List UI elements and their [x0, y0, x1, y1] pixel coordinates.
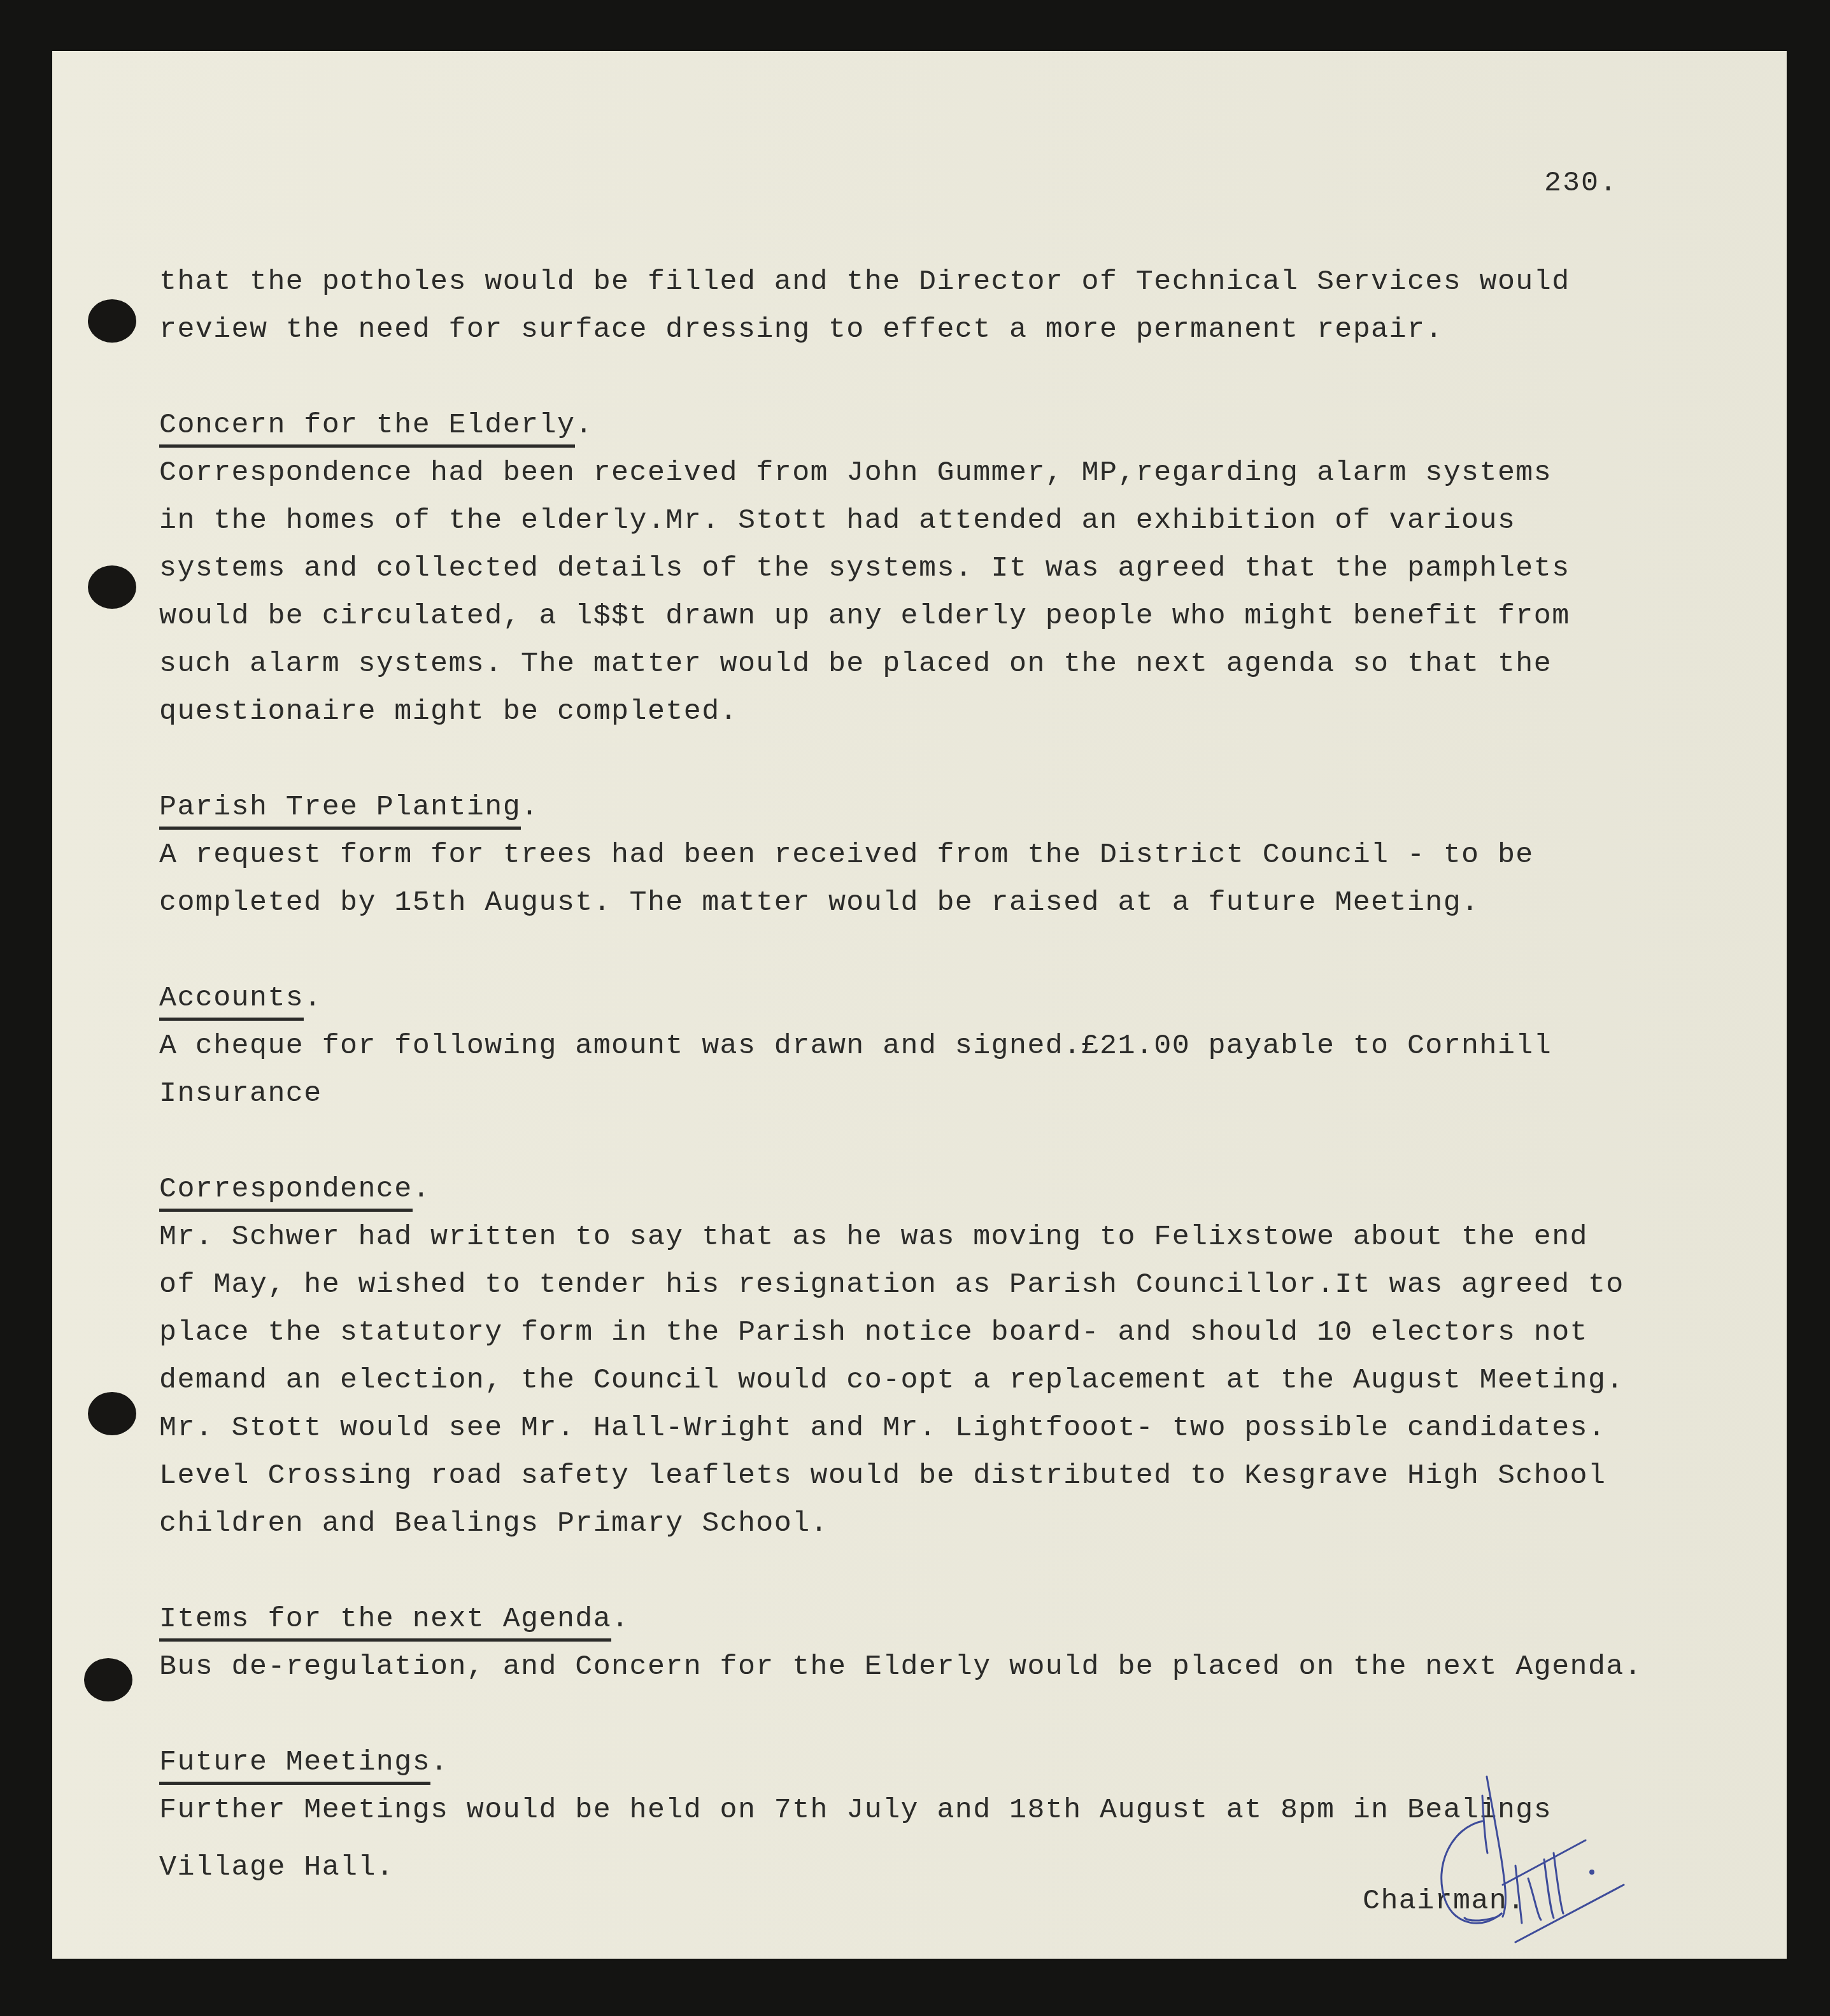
section-accounts: Accounts. A cheque for following amount …	[159, 974, 1777, 1118]
section-heading: Future Meetings	[159, 1743, 430, 1785]
section-parish-tree-planting: Parish Tree Planting. A request form for…	[159, 783, 1777, 926]
body-line: Mr. Stott would see Mr. Hall-Wright and …	[159, 1404, 1777, 1452]
punch-hole	[88, 1392, 136, 1435]
section-heading: Items for the next Agenda	[159, 1600, 611, 1642]
body-line: A request form for trees had been receiv…	[159, 831, 1777, 879]
page-number: 230.	[1544, 167, 1618, 199]
punch-hole	[88, 299, 136, 343]
chairman-signature	[1426, 1770, 1636, 1949]
section-heading: Concern for the Elderly	[159, 406, 575, 448]
body-line: review the need for surface dressing to …	[159, 306, 1777, 353]
body-line: that the potholes would be filled and th…	[159, 258, 1777, 306]
body-line: would be circulated, a l$$t drawn up any…	[159, 592, 1777, 640]
minutes-body: that the potholes would be filled and th…	[159, 258, 1777, 1891]
body-line: such alarm systems. The matter would be …	[159, 640, 1777, 688]
body-line: in the homes of the elderly.Mr. Stott ha…	[159, 497, 1777, 544]
section-correspondence: Correspondence. Mr. Schwer had written t…	[159, 1165, 1777, 1547]
punch-hole	[88, 565, 136, 609]
body-line: Level Crossing road safety leaflets woul…	[159, 1452, 1777, 1500]
section-concern-elderly: Concern for the Elderly. Correspondence …	[159, 401, 1777, 735]
body-line: place the statutory form in the Parish n…	[159, 1309, 1777, 1356]
body-line: demand an election, the Council would co…	[159, 1356, 1777, 1404]
body-line: completed by 15th August. The matter wou…	[159, 879, 1777, 926]
body-line: Insurance	[159, 1070, 1777, 1118]
body-line: questionaire might be completed.	[159, 688, 1777, 735]
section-heading: Accounts	[159, 979, 304, 1021]
body-line: of May, he wished to tender his resignat…	[159, 1261, 1777, 1309]
body-line: Correspondence had been received from Jo…	[159, 449, 1777, 497]
body-line: A cheque for following amount was drawn …	[159, 1022, 1777, 1070]
section-heading: Parish Tree Planting	[159, 788, 521, 830]
body-line: systems and collected details of the sys…	[159, 544, 1777, 592]
body-line: Mr. Schwer had written to say that as he…	[159, 1213, 1777, 1261]
section-next-agenda: Items for the next Agenda. Bus de-regula…	[159, 1595, 1777, 1691]
punch-hole	[84, 1658, 132, 1701]
section-heading: Correspondence	[159, 1170, 413, 1212]
body-line: children and Bealings Primary School.	[159, 1500, 1777, 1547]
body-line: Bus de-regulation, and Concern for the E…	[159, 1643, 1777, 1691]
